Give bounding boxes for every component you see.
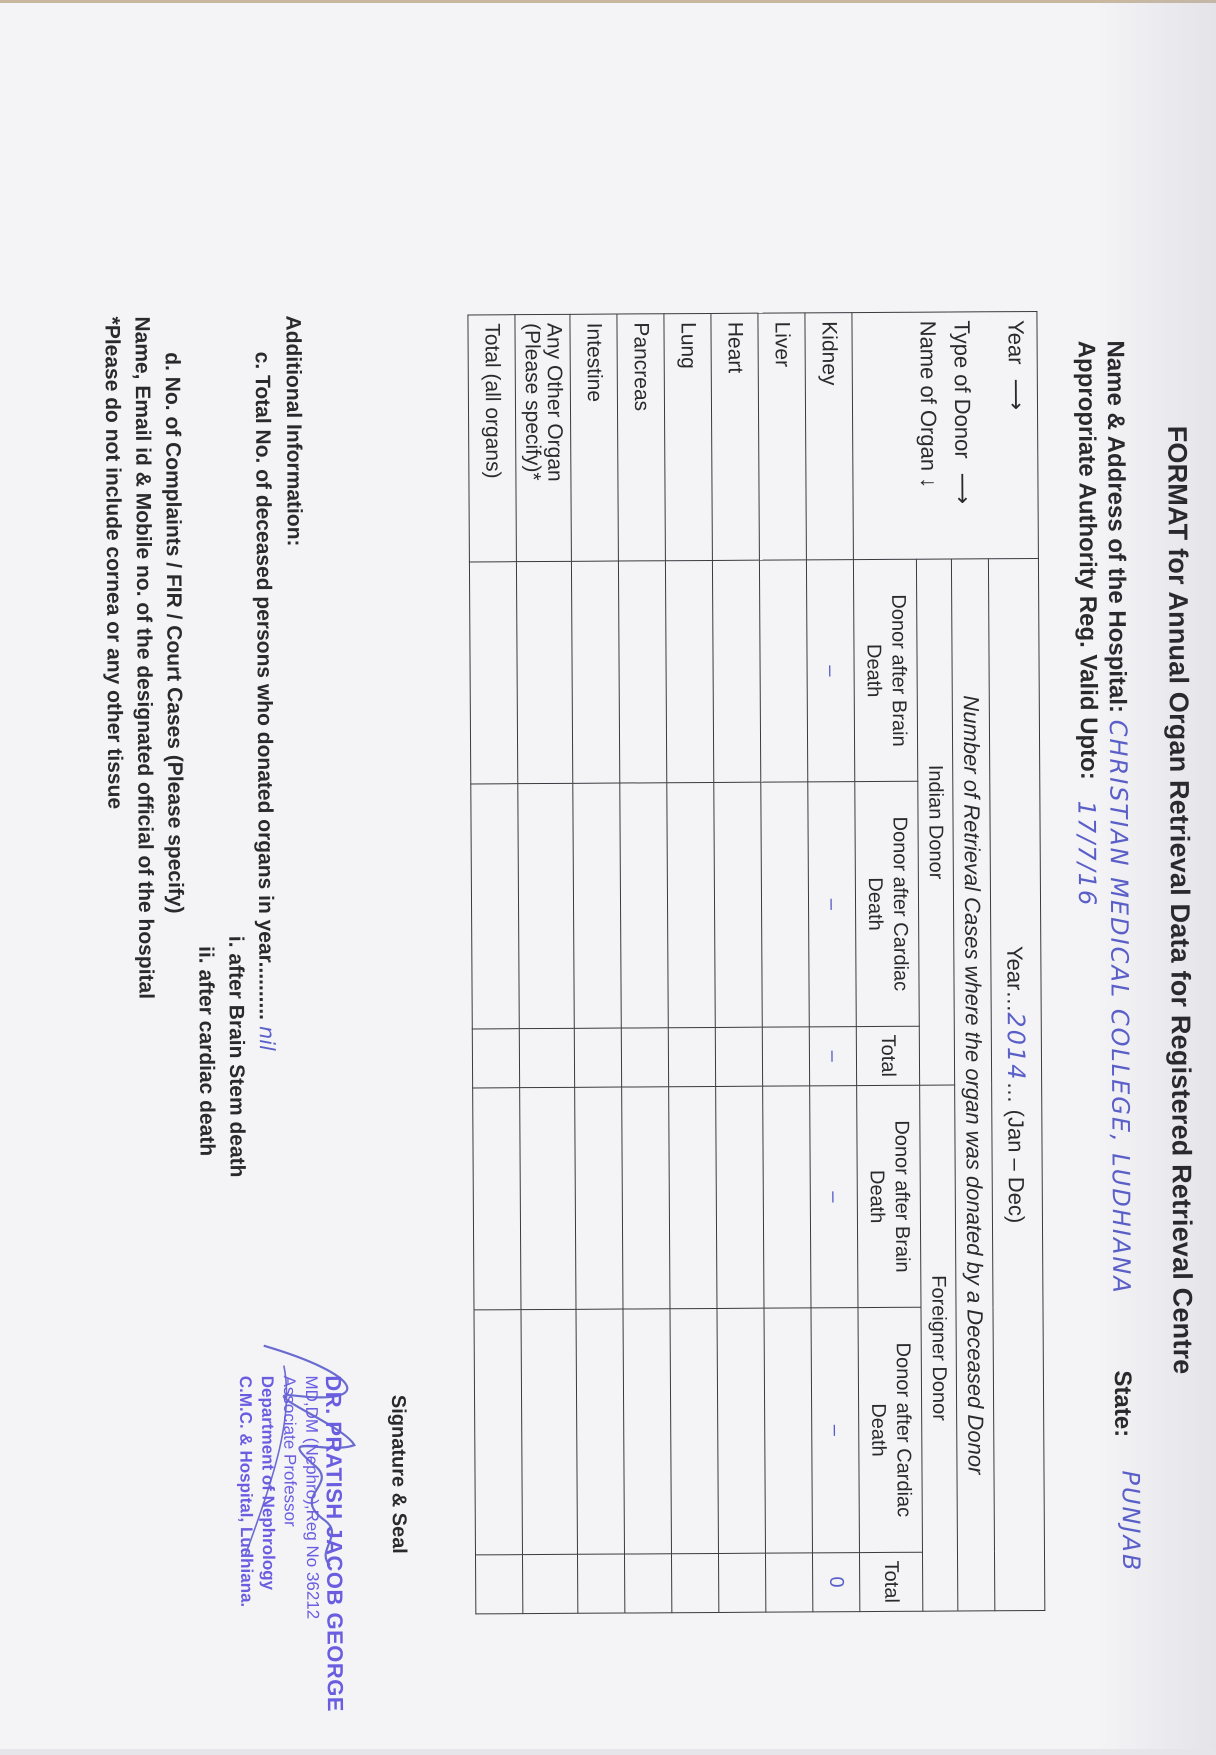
data-cell: [575, 1087, 623, 1310]
data-cell: [521, 1310, 577, 1555]
data-cell: [718, 1553, 765, 1613]
data-cell: [761, 782, 809, 1027]
data-cell: [624, 1553, 671, 1613]
data-cell: [576, 1309, 624, 1554]
authority-value: 17/7/16: [1072, 801, 1101, 908]
data-cell: [763, 1086, 811, 1309]
col-indian-total: Total: [856, 1026, 919, 1086]
data-cell: 0: [812, 1552, 859, 1612]
data-cell: [670, 1309, 718, 1554]
table-caption: Number of Retrieval Cases where the orga…: [951, 559, 994, 1611]
form-page: FORMAT for Annual Organ Retrieval Data f…: [56, 80, 1206, 1727]
data-cell: [717, 1309, 765, 1554]
organ-name: Intestine: [570, 314, 619, 561]
scan-top-edge: [0, 0, 1216, 3]
data-cell: [667, 783, 715, 1028]
data-cell: [469, 562, 517, 785]
data-cell: [574, 1028, 621, 1088]
additional-heading: Additional Information:: [277, 315, 312, 1177]
col-foreign-cardiac: Donor after Cardiac Death: [858, 1308, 922, 1553]
seal-institution: C.M.C. & Hospital, Ludhiana.: [234, 1376, 258, 1713]
data-cell: [519, 1028, 574, 1088]
organ-name: Any Other Organ (Please specify)*: [515, 314, 572, 561]
item-c: c. Total No. of deceased persons who don…: [246, 316, 282, 1178]
item-c-value: nil: [255, 1026, 279, 1051]
group-foreigner-donor: Foreigner Donor: [920, 1085, 958, 1611]
table-row: Intestine: [570, 314, 625, 1613]
seal-department: Department of Nephrology: [256, 1376, 280, 1713]
data-cell: [668, 1027, 715, 1087]
data-cell: [621, 1027, 668, 1087]
scan-bottom-edge: [0, 1749, 1216, 1755]
data-cell: [474, 1310, 522, 1555]
hospital-line: Name & Address of the Hospital: CHRISTIA…: [1101, 340, 1136, 1294]
data-cell: [573, 783, 621, 1028]
organ-name: Total (all organs): [468, 315, 517, 562]
seal-name: DR. PRATISH JACOB GEORGE: [322, 1375, 346, 1712]
retrieval-data-table: Year⟶ Type of Donor⟶ Name of Organ ↓ Yea…: [467, 311, 1045, 1614]
data-cell: [714, 783, 762, 1028]
item-d: d. No. of Complaints / FIR / Court Cases…: [156, 316, 191, 1178]
data-cell: [516, 561, 572, 784]
data-cell: [765, 1553, 812, 1613]
data-cell: [623, 1309, 671, 1554]
seal-designation: Associate Professor: [278, 1375, 302, 1712]
table-row: Kidney–––––0: [805, 313, 860, 1612]
col-foreign-brain: Donor after Brain Death: [857, 1085, 921, 1308]
data-cell: –: [806, 560, 854, 783]
designated-official: Name, Email id & Mobile no. of the desig…: [126, 316, 161, 1178]
data-cell: [715, 1027, 762, 1087]
data-cell: [473, 1088, 521, 1311]
state-label: State:: [1108, 1370, 1136, 1437]
data-cell: [622, 1087, 670, 1310]
table-row: Any Other Organ (Please specify)*: [515, 314, 578, 1613]
item-c-ii: ii. after cardiac death: [186, 316, 221, 1178]
col-indian-cardiac: Donor after Cardiac Death: [855, 782, 919, 1027]
form-title: FORMAT for Annual Organ Retrieval Data f…: [1159, 80, 1200, 1720]
data-cell: –: [811, 1308, 859, 1553]
seal-qualification: MD,DM (Nephro),Reg No 36212: [300, 1375, 324, 1712]
year-header-row: Year⟶ Type of Donor⟶ Name of Organ ↓ Yea…: [987, 311, 1045, 1610]
state-value: PUNJAB: [1116, 1470, 1145, 1572]
data-cell: [577, 1554, 624, 1614]
data-cell: [665, 560, 713, 783]
data-cell: [522, 1554, 577, 1614]
col-indian-brain: Donor after Brain Death: [853, 559, 917, 782]
additional-information: Additional Information: c. Total No. of …: [96, 315, 312, 1178]
data-cell: [759, 560, 807, 783]
corner-name-of-organ: Name of Organ ↓: [910, 321, 945, 551]
table-row: Lung: [664, 313, 719, 1612]
table-corner: Year⟶ Type of Donor⟶ Name of Organ ↓: [852, 311, 1039, 559]
table-row: Liver: [758, 313, 813, 1612]
table-row: Total (all organs): [468, 315, 523, 1614]
data-cell: [475, 1554, 522, 1614]
organ-name: Lung: [664, 313, 713, 560]
authority-line: Appropriate Authority Reg. Valid Upto:: [1072, 341, 1103, 780]
arrow-right-icon: ⟶: [999, 378, 1033, 410]
data-cell: [520, 1087, 576, 1310]
data-cell: [471, 784, 519, 1029]
year-heading: Year…2014… (Jan – Dec): [988, 558, 1044, 1610]
group-indian-donor: Indian Donor: [916, 559, 954, 1085]
hospital-value: CHRISTIAN MEDICAL COLLEGE, LUDHIANA: [1104, 720, 1136, 1295]
organ-name: Liver: [758, 313, 807, 560]
data-cell: [618, 561, 666, 784]
signature-label: Signature & Seal: [386, 1395, 410, 1554]
footnote: *Please do not include cornea or any oth…: [96, 317, 131, 1179]
data-cell: [472, 1028, 519, 1088]
data-cell: [712, 560, 760, 783]
table-row: Heart: [711, 313, 766, 1612]
organ-name: Kidney: [805, 313, 854, 560]
corner-year: Year⟶: [998, 320, 1033, 550]
data-cell: [518, 784, 574, 1029]
authority-label: Appropriate Authority Reg. Valid Upto:: [1073, 341, 1103, 780]
table-row: Pancreas: [617, 314, 672, 1613]
hospital-label: Name & Address of the Hospital:: [1102, 340, 1131, 713]
corner-type-of-donor: Type of Donor⟶: [944, 320, 979, 550]
arrow-right-icon: ⟶: [945, 473, 979, 505]
data-cell: –: [810, 1086, 858, 1309]
data-cell: [669, 1086, 717, 1309]
data-cell: [716, 1086, 764, 1309]
data-cell: [620, 783, 668, 1028]
organ-name: Heart: [711, 313, 760, 560]
organ-name: Pancreas: [617, 314, 666, 561]
data-cell: [764, 1308, 812, 1553]
data-cell: –: [809, 1026, 856, 1086]
data-cell: [671, 1553, 718, 1613]
official-seal: DR. PRATISH JACOB GEORGE MD,DM (Nephro),…: [234, 1375, 346, 1712]
data-cell: [571, 561, 619, 784]
col-foreign-total: Total: [859, 1552, 922, 1612]
organ-rows: Kidney–––––0LiverHeartLungPancreasIntest…: [468, 313, 860, 1614]
data-cell: –: [808, 782, 856, 1027]
data-cell: [762, 1027, 809, 1087]
year-value: 2014: [1002, 1012, 1030, 1081]
arrow-down-icon: ↓: [916, 471, 941, 488]
